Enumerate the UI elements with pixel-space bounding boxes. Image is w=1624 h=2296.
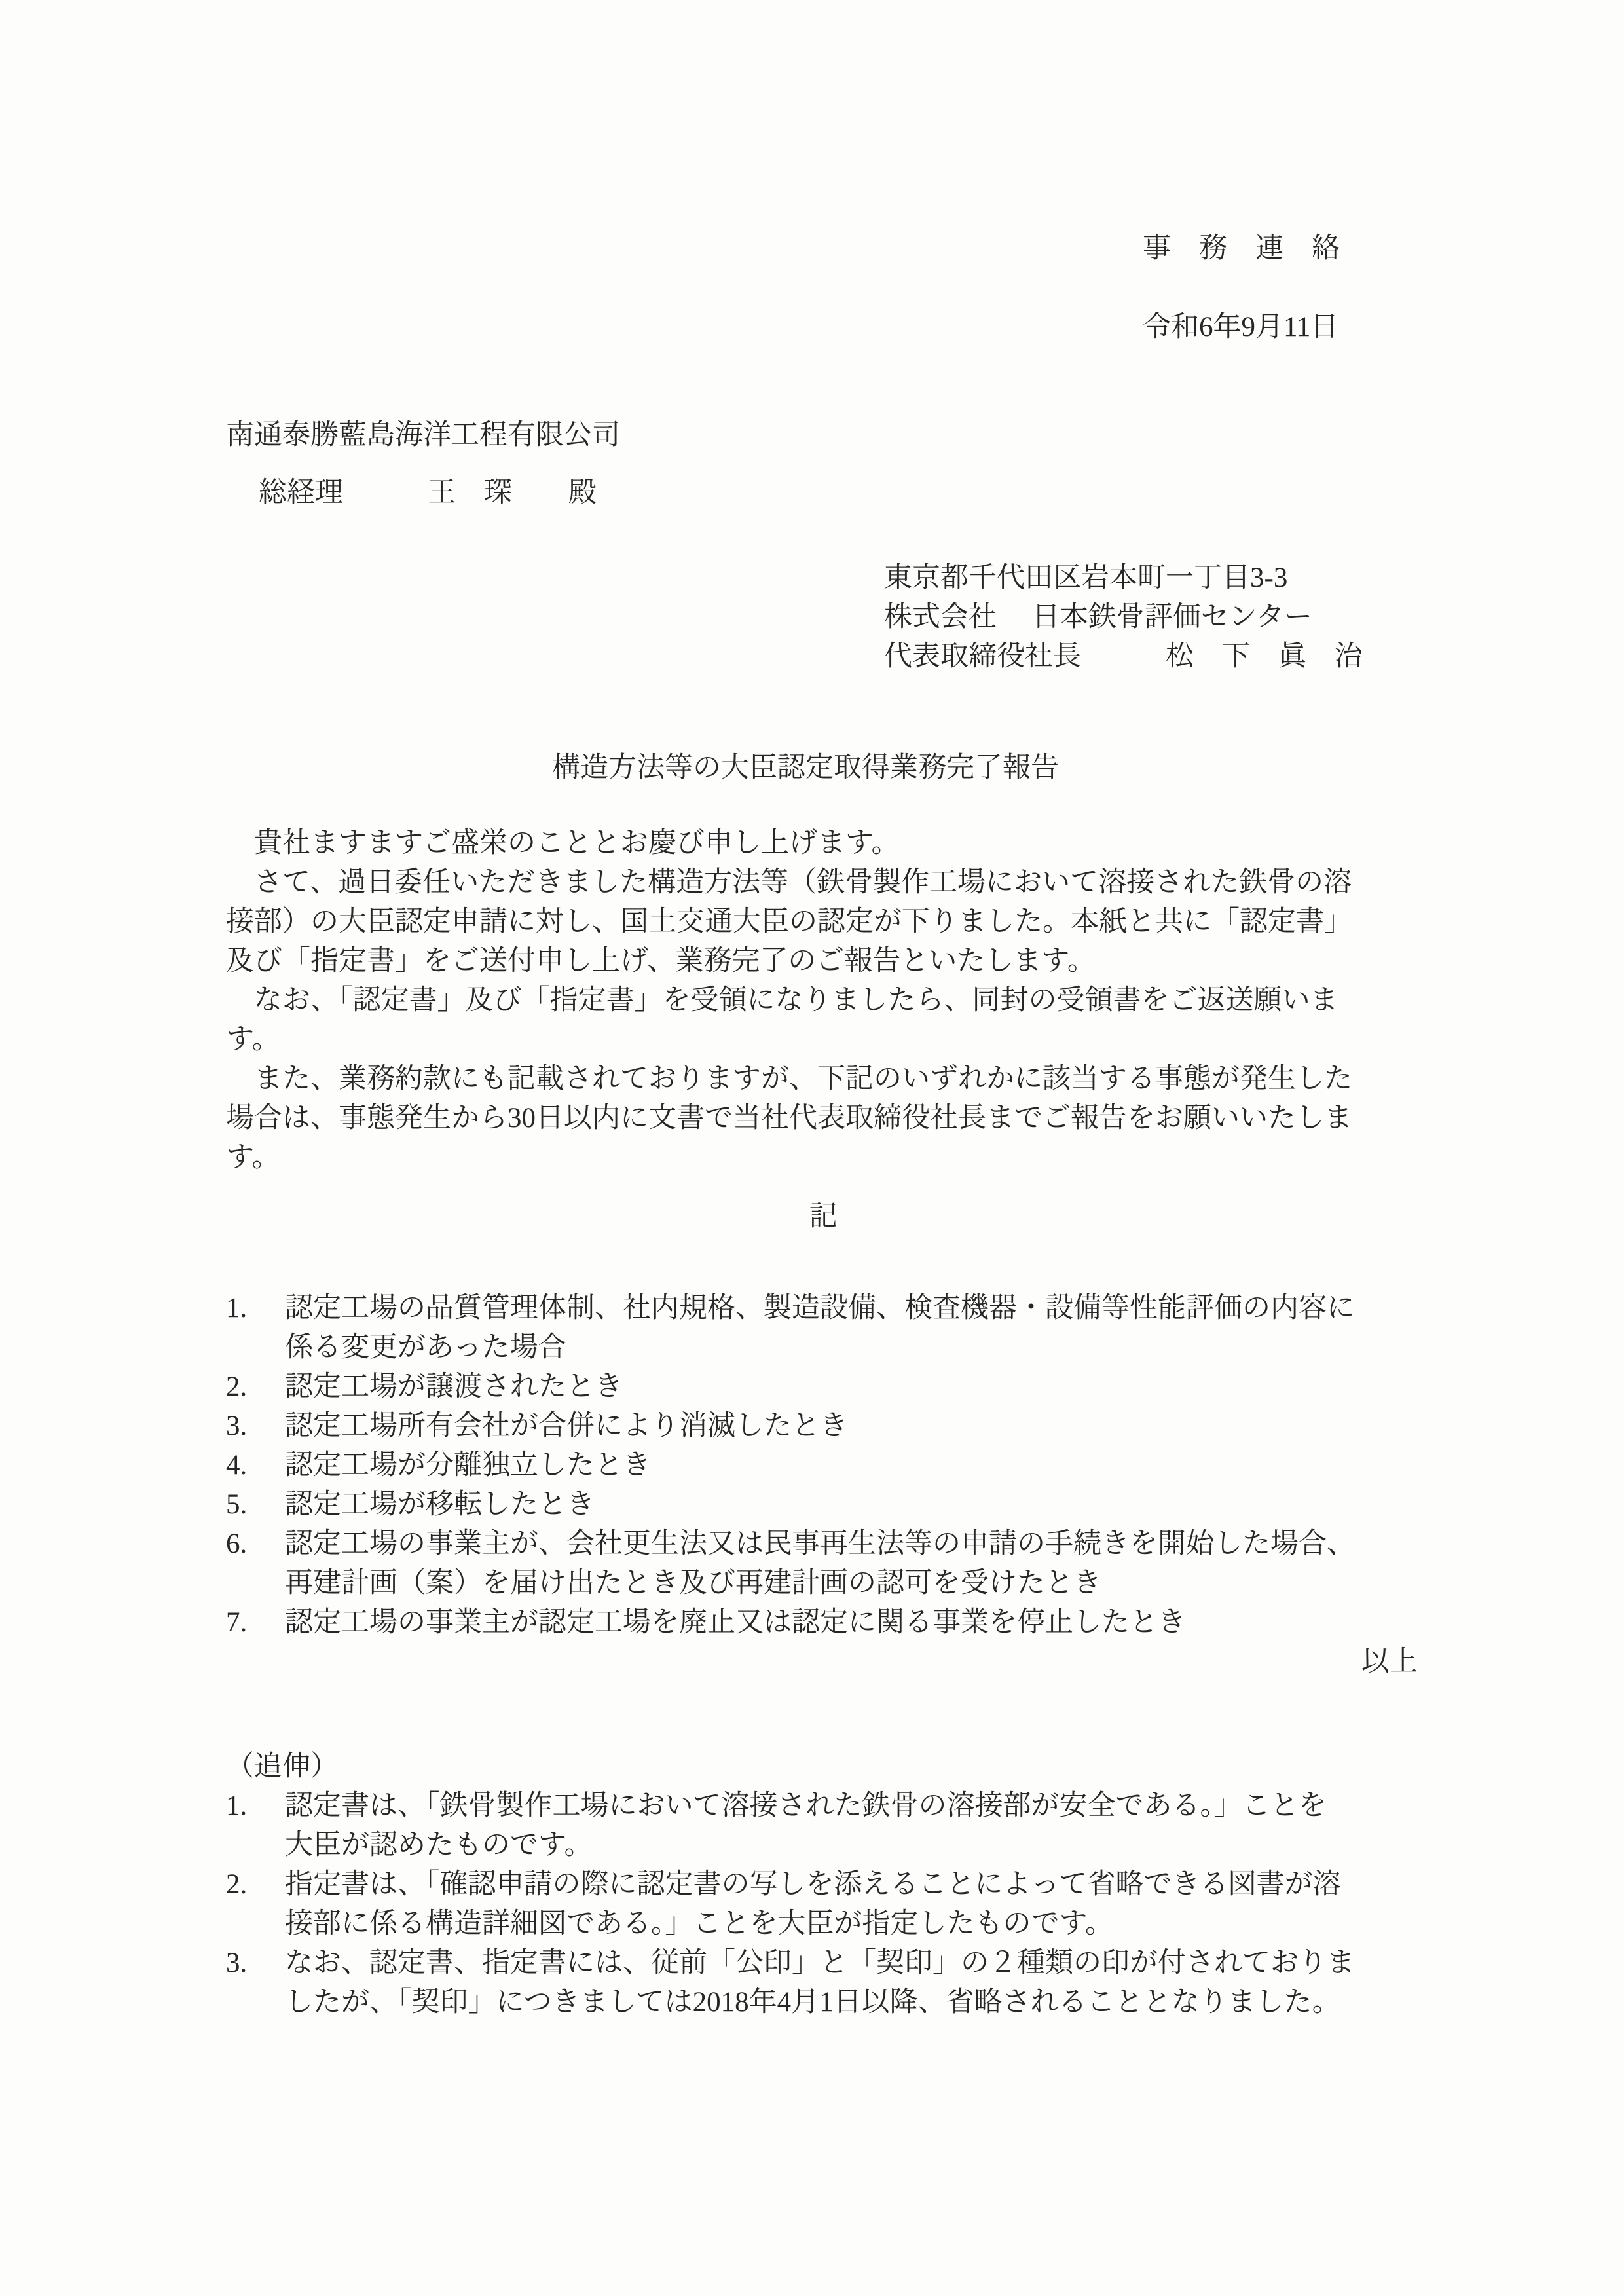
item-text: 認定工場が分離独立したとき: [285, 1446, 1460, 1485]
list-item: 5. 認定工場が移転したとき: [226, 1485, 1460, 1525]
list-item: 2. 認定工場が譲渡されたとき: [226, 1367, 1460, 1407]
item-text: 認定工場が譲渡されたとき: [285, 1367, 1460, 1407]
item-number: 3.: [226, 1407, 285, 1446]
list-item: 3. 認定工場所有会社が合併により消滅したとき: [226, 1407, 1460, 1446]
postscript-item: 1. 認定書は、「鉄骨製作工場において溶接された鉄骨の溶接部が安全である。」こと…: [226, 1787, 1460, 1865]
item-text: 認定工場の品質管理体制、社内規格、製造設備、検査機器・設備等性能評価の内容に 係…: [285, 1289, 1460, 1367]
notification-condition-list: 1. 認定工場の品質管理体制、社内規格、製造設備、検査機器・設備等性能評価の内容…: [226, 1289, 1460, 1642]
item-text: 認定書は、「鉄骨製作工場において溶接された鉄骨の溶接部が安全である。」ことを 大…: [285, 1787, 1460, 1865]
document-header: 事 務 連 絡 令和6年9月11日: [1143, 190, 1460, 386]
item-text: 認定工場の事業主が、会社更生法又は民事再生法等の申請の手続きを開始した場合、 再…: [285, 1525, 1460, 1603]
body-paragraph-report-obligation: また、業務約款にも記載されておりますが、下記のいずれかに該当する事態が発生した …: [226, 1060, 1460, 1177]
document-page: 事 務 連 絡 令和6年9月11日 南通泰勝藍島海洋工程有限公司 総経理 王 琛…: [0, 0, 1624, 2296]
recipient-block: 南通泰勝藍島海洋工程有限公司 総経理 王 琛 殿: [226, 416, 1460, 513]
list-item: 4. 認定工場が分離独立したとき: [226, 1446, 1460, 1485]
item-text: 指定書は、「確認申請の際に認定書の写しを添えることによって省略できる図書が溶 接…: [285, 1865, 1460, 1944]
item-number: 1.: [226, 1787, 285, 1826]
body-paragraph-receipt-request: なお、「認定書」及び「指定書」を受領になりましたら、同封の受領書をご返送願いま …: [226, 981, 1460, 1060]
body-paragraphs: 貴社ますますご盛栄のこととお慶び申し上げます。 さて、過日委任いただきました構造…: [226, 824, 1460, 1177]
list-item: 1. 認定工場の品質管理体制、社内規格、製造設備、検査機器・設備等性能評価の内容…: [226, 1289, 1460, 1367]
item-text: なお、認定書、指定書には、従前「公印」と「契印」の２種類の印が付されておりま し…: [285, 1944, 1460, 2022]
item-number: 2.: [226, 1367, 285, 1407]
item-text: 認定工場が移転したとき: [285, 1485, 1460, 1525]
sender-representative: 代表取締役社長 松 下 眞 治: [884, 637, 1460, 676]
recipient-person: 総経理 王 琛 殿: [226, 473, 1460, 513]
doc-type-label: 事 務 連 絡: [1143, 229, 1460, 268]
sender-company: 株式会社 日本鉄骨評価センター: [884, 598, 1460, 637]
closing-ijou: 以上: [226, 1642, 1460, 1682]
item-number: 6.: [226, 1525, 285, 1564]
item-number: 4.: [226, 1446, 285, 1485]
recipient-company: 南通泰勝藍島海洋工程有限公司: [226, 416, 1460, 455]
postscript-item: 3. なお、認定書、指定書には、従前「公印」と「契印」の２種類の印が付されており…: [226, 1944, 1460, 2022]
record-marker: 記: [226, 1197, 1460, 1236]
item-number: 5.: [226, 1485, 285, 1525]
doc-date: 令和6年9月11日: [1143, 308, 1460, 347]
body-paragraph-notice: さて、過日委任いただきました構造方法等（鉄骨製作工場において溶接された鉄骨の溶 …: [226, 863, 1460, 981]
item-number: 2.: [226, 1865, 285, 1904]
item-number: 3.: [226, 1944, 285, 1983]
document-title: 構造方法等の大臣認定取得業務完了報告: [226, 749, 1460, 788]
postscript-block: （追伸） 1. 認定書は、「鉄骨製作工場において溶接された鉄骨の溶接部が安全であ…: [226, 1747, 1460, 2022]
sender-block: 東京都千代田区岩本町一丁目3-3 株式会社 日本鉄骨評価センター 代表取締役社長…: [884, 559, 1460, 676]
item-number: 1.: [226, 1289, 285, 1328]
item-text: 認定工場所有会社が合併により消滅したとき: [285, 1407, 1460, 1446]
postscript-label: （追伸）: [226, 1747, 1460, 1787]
postscript-item: 2. 指定書は、「確認申請の際に認定書の写しを添えることによって省略できる図書が…: [226, 1865, 1460, 1944]
list-item: 6. 認定工場の事業主が、会社更生法又は民事再生法等の申請の手続きを開始した場合…: [226, 1525, 1460, 1603]
sender-address: 東京都千代田区岩本町一丁目3-3: [884, 559, 1460, 598]
list-item: 7. 認定工場の事業主が認定工場を廃止又は認定に関る事業を停止したとき: [226, 1603, 1460, 1642]
item-text: 認定工場の事業主が認定工場を廃止又は認定に関る事業を停止したとき: [285, 1603, 1460, 1642]
item-number: 7.: [226, 1603, 285, 1642]
body-paragraph-greeting: 貴社ますますご盛栄のこととお慶び申し上げます。: [226, 824, 1460, 863]
